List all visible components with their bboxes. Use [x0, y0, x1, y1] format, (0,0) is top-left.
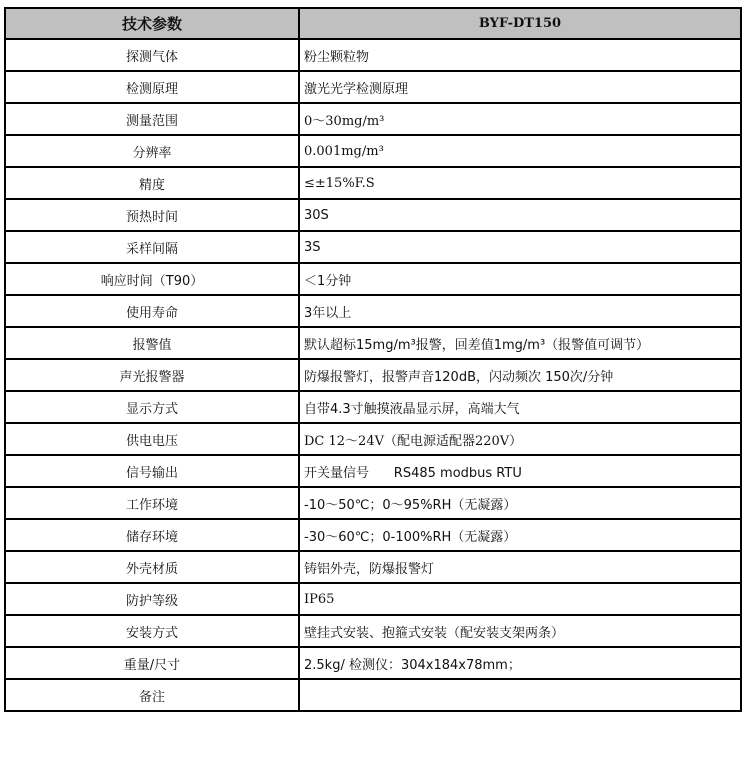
row-value: 壁挂式安装、抱箍式安装（配安装支架两条）	[299, 615, 741, 647]
row-label: 测量范围	[5, 103, 299, 135]
row-value: 2.5kg/ 检测仪：304x184x78mm；	[299, 647, 741, 679]
table-row: 供电电压 DC 12～24V（配电源适配器220V）	[5, 423, 741, 455]
table-row: 外壳材质 铸铝外壳，防爆报警灯	[5, 551, 741, 583]
table-header-row: 技术参数 BYF-DT150	[5, 8, 741, 39]
row-value: 铸铝外壳，防爆报警灯	[299, 551, 741, 583]
row-label: 重量/尺寸	[5, 647, 299, 679]
row-value: 防爆报警灯，报警声音120dB，闪动频次 150次/分钟	[299, 359, 741, 391]
row-label: 储存环境	[5, 519, 299, 551]
row-value: ＜1分钟	[299, 263, 741, 295]
row-value: 0.001mg/m³	[299, 135, 741, 167]
row-label: 探测气体	[5, 39, 299, 71]
row-label: 分辨率	[5, 135, 299, 167]
row-label: 响应时间（T90）	[5, 263, 299, 295]
table-row: 探测气体 粉尘颗粒物	[5, 39, 741, 71]
row-value: -30～60℃；0-100%RH（无凝露）	[299, 519, 741, 551]
table-row: 备注	[5, 679, 741, 711]
row-label: 外壳材质	[5, 551, 299, 583]
table-row: 分辨率 0.001mg/m³	[5, 135, 741, 167]
row-label: 使用寿命	[5, 295, 299, 327]
spec-table: 技术参数 BYF-DT150 探测气体 粉尘颗粒物 检测原理 激光光学检测原理 …	[4, 7, 742, 712]
row-value: 粉尘颗粒物	[299, 39, 741, 71]
table-row: 预热时间 30S	[5, 199, 741, 231]
row-label: 备注	[5, 679, 299, 711]
table-row: 安装方式 壁挂式安装、抱箍式安装（配安装支架两条）	[5, 615, 741, 647]
row-value: DC 12～24V（配电源适配器220V）	[299, 423, 741, 455]
row-value: 默认超标15mg/m³报警，回差值1mg/m³（报警值可调节）	[299, 327, 741, 359]
header-model: BYF-DT150	[299, 8, 741, 39]
header-label: 技术参数	[5, 8, 299, 39]
table-row: 储存环境 -30～60℃；0-100%RH（无凝露）	[5, 519, 741, 551]
row-value: 3年以上	[299, 295, 741, 327]
table-row: 精度 ≤±15%F.S	[5, 167, 741, 199]
table-row: 报警值 默认超标15mg/m³报警，回差值1mg/m³（报警值可调节）	[5, 327, 741, 359]
row-label: 信号输出	[5, 455, 299, 487]
row-label: 工作环境	[5, 487, 299, 519]
row-label: 检测原理	[5, 71, 299, 103]
row-label: 声光报警器	[5, 359, 299, 391]
table-row: 重量/尺寸 2.5kg/ 检测仪：304x184x78mm；	[5, 647, 741, 679]
table-row: 响应时间（T90） ＜1分钟	[5, 263, 741, 295]
row-value: IP65	[299, 583, 741, 615]
table-row: 防护等级 IP65	[5, 583, 741, 615]
row-value: 3S	[299, 231, 741, 263]
table-row: 显示方式 自带4.3寸触摸液晶显示屏，高端大气	[5, 391, 741, 423]
row-value: -10～50℃；0～95%RH（无凝露）	[299, 487, 741, 519]
row-value: 自带4.3寸触摸液晶显示屏，高端大气	[299, 391, 741, 423]
table-row: 信号输出 开关量信号 RS485 modbus RTU	[5, 455, 741, 487]
row-value: 激光光学检测原理	[299, 71, 741, 103]
row-label: 报警值	[5, 327, 299, 359]
row-value: 开关量信号 RS485 modbus RTU	[299, 455, 741, 487]
row-label: 防护等级	[5, 583, 299, 615]
row-label: 精度	[5, 167, 299, 199]
row-label: 采样间隔	[5, 231, 299, 263]
row-label: 预热时间	[5, 199, 299, 231]
row-value	[299, 679, 741, 711]
table-row: 使用寿命 3年以上	[5, 295, 741, 327]
table-row: 检测原理 激光光学检测原理	[5, 71, 741, 103]
table-row: 声光报警器 防爆报警灯，报警声音120dB，闪动频次 150次/分钟	[5, 359, 741, 391]
row-value: 0～30mg/m³	[299, 103, 741, 135]
row-value: 30S	[299, 199, 741, 231]
row-label: 安装方式	[5, 615, 299, 647]
table-row: 工作环境 -10～50℃；0～95%RH（无凝露）	[5, 487, 741, 519]
row-label: 显示方式	[5, 391, 299, 423]
row-label: 供电电压	[5, 423, 299, 455]
table-row: 采样间隔 3S	[5, 231, 741, 263]
row-value: ≤±15%F.S	[299, 167, 741, 199]
table-row: 测量范围 0～30mg/m³	[5, 103, 741, 135]
